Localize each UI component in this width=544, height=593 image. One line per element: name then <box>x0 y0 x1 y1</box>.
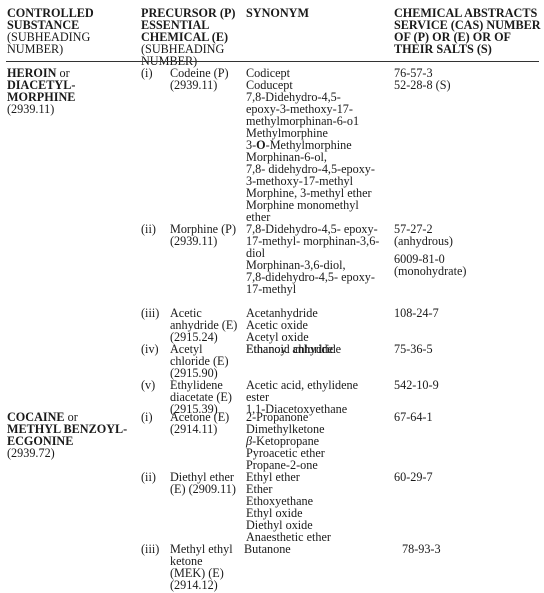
cas-number: 542-10-9 <box>394 379 439 391</box>
precursor-number: (iv) <box>141 343 159 355</box>
precursor-table: CONTROLLED SUBSTANCE (SUBHEADING NUMBER)… <box>0 0 544 593</box>
synonym-line: 17-methyl <box>246 283 296 295</box>
precursor-name-line: (2914.11) <box>170 423 217 435</box>
synonym-line: Ethanoyl chloride <box>246 343 333 355</box>
header-synonym: SYNONYM <box>246 7 309 19</box>
cas-number: 108-24-7 <box>394 307 439 319</box>
substance-subheading: (2939.72) <box>7 447 55 459</box>
precursor-name-line: (2914.12) <box>170 579 218 591</box>
cas-number: (anhydrous) <box>394 235 453 247</box>
precursor-number: (iii) <box>141 307 159 319</box>
precursor-number: (ii) <box>141 471 156 483</box>
precursor-name-line: (2939.11) <box>170 235 217 247</box>
precursor-number: (v) <box>141 379 155 391</box>
cas-number: (monohydrate) <box>394 265 466 277</box>
precursor-number: (i) <box>141 67 153 79</box>
header-controlled-substance: CONTROLLED SUBSTANCE (SUBHEADING NUMBER) <box>7 7 94 55</box>
cas-number: 52-28-8 (S) <box>394 79 451 91</box>
precursor-name-line: (2939.11) <box>170 79 217 91</box>
header-precursor: PRECURSOR (P) ESSENTIAL CHEMICAL (E) (SU… <box>141 7 235 67</box>
precursor-number: (ii) <box>141 223 156 235</box>
precursor-name-line: (E) (2909.11) <box>170 483 236 495</box>
precursor-number: (i) <box>141 411 153 423</box>
header-divider <box>6 61 539 62</box>
cas-number: 67-64-1 <box>394 411 433 423</box>
cas-number: 78-93-3 <box>402 543 441 555</box>
synonym-line: 17-methyl- morphinan-3,6- <box>246 235 379 247</box>
cas-number: 60-29-7 <box>394 471 433 483</box>
substance-subheading: (2939.11) <box>7 103 54 115</box>
cas-number: 75-36-5 <box>394 343 433 355</box>
precursor-number: (iii) <box>141 543 159 555</box>
synonym-line: Butanone <box>244 543 291 555</box>
header-cas-number: CHEMICAL ABSTRACTS SERVICE (CAS) NUMBER … <box>394 7 541 55</box>
